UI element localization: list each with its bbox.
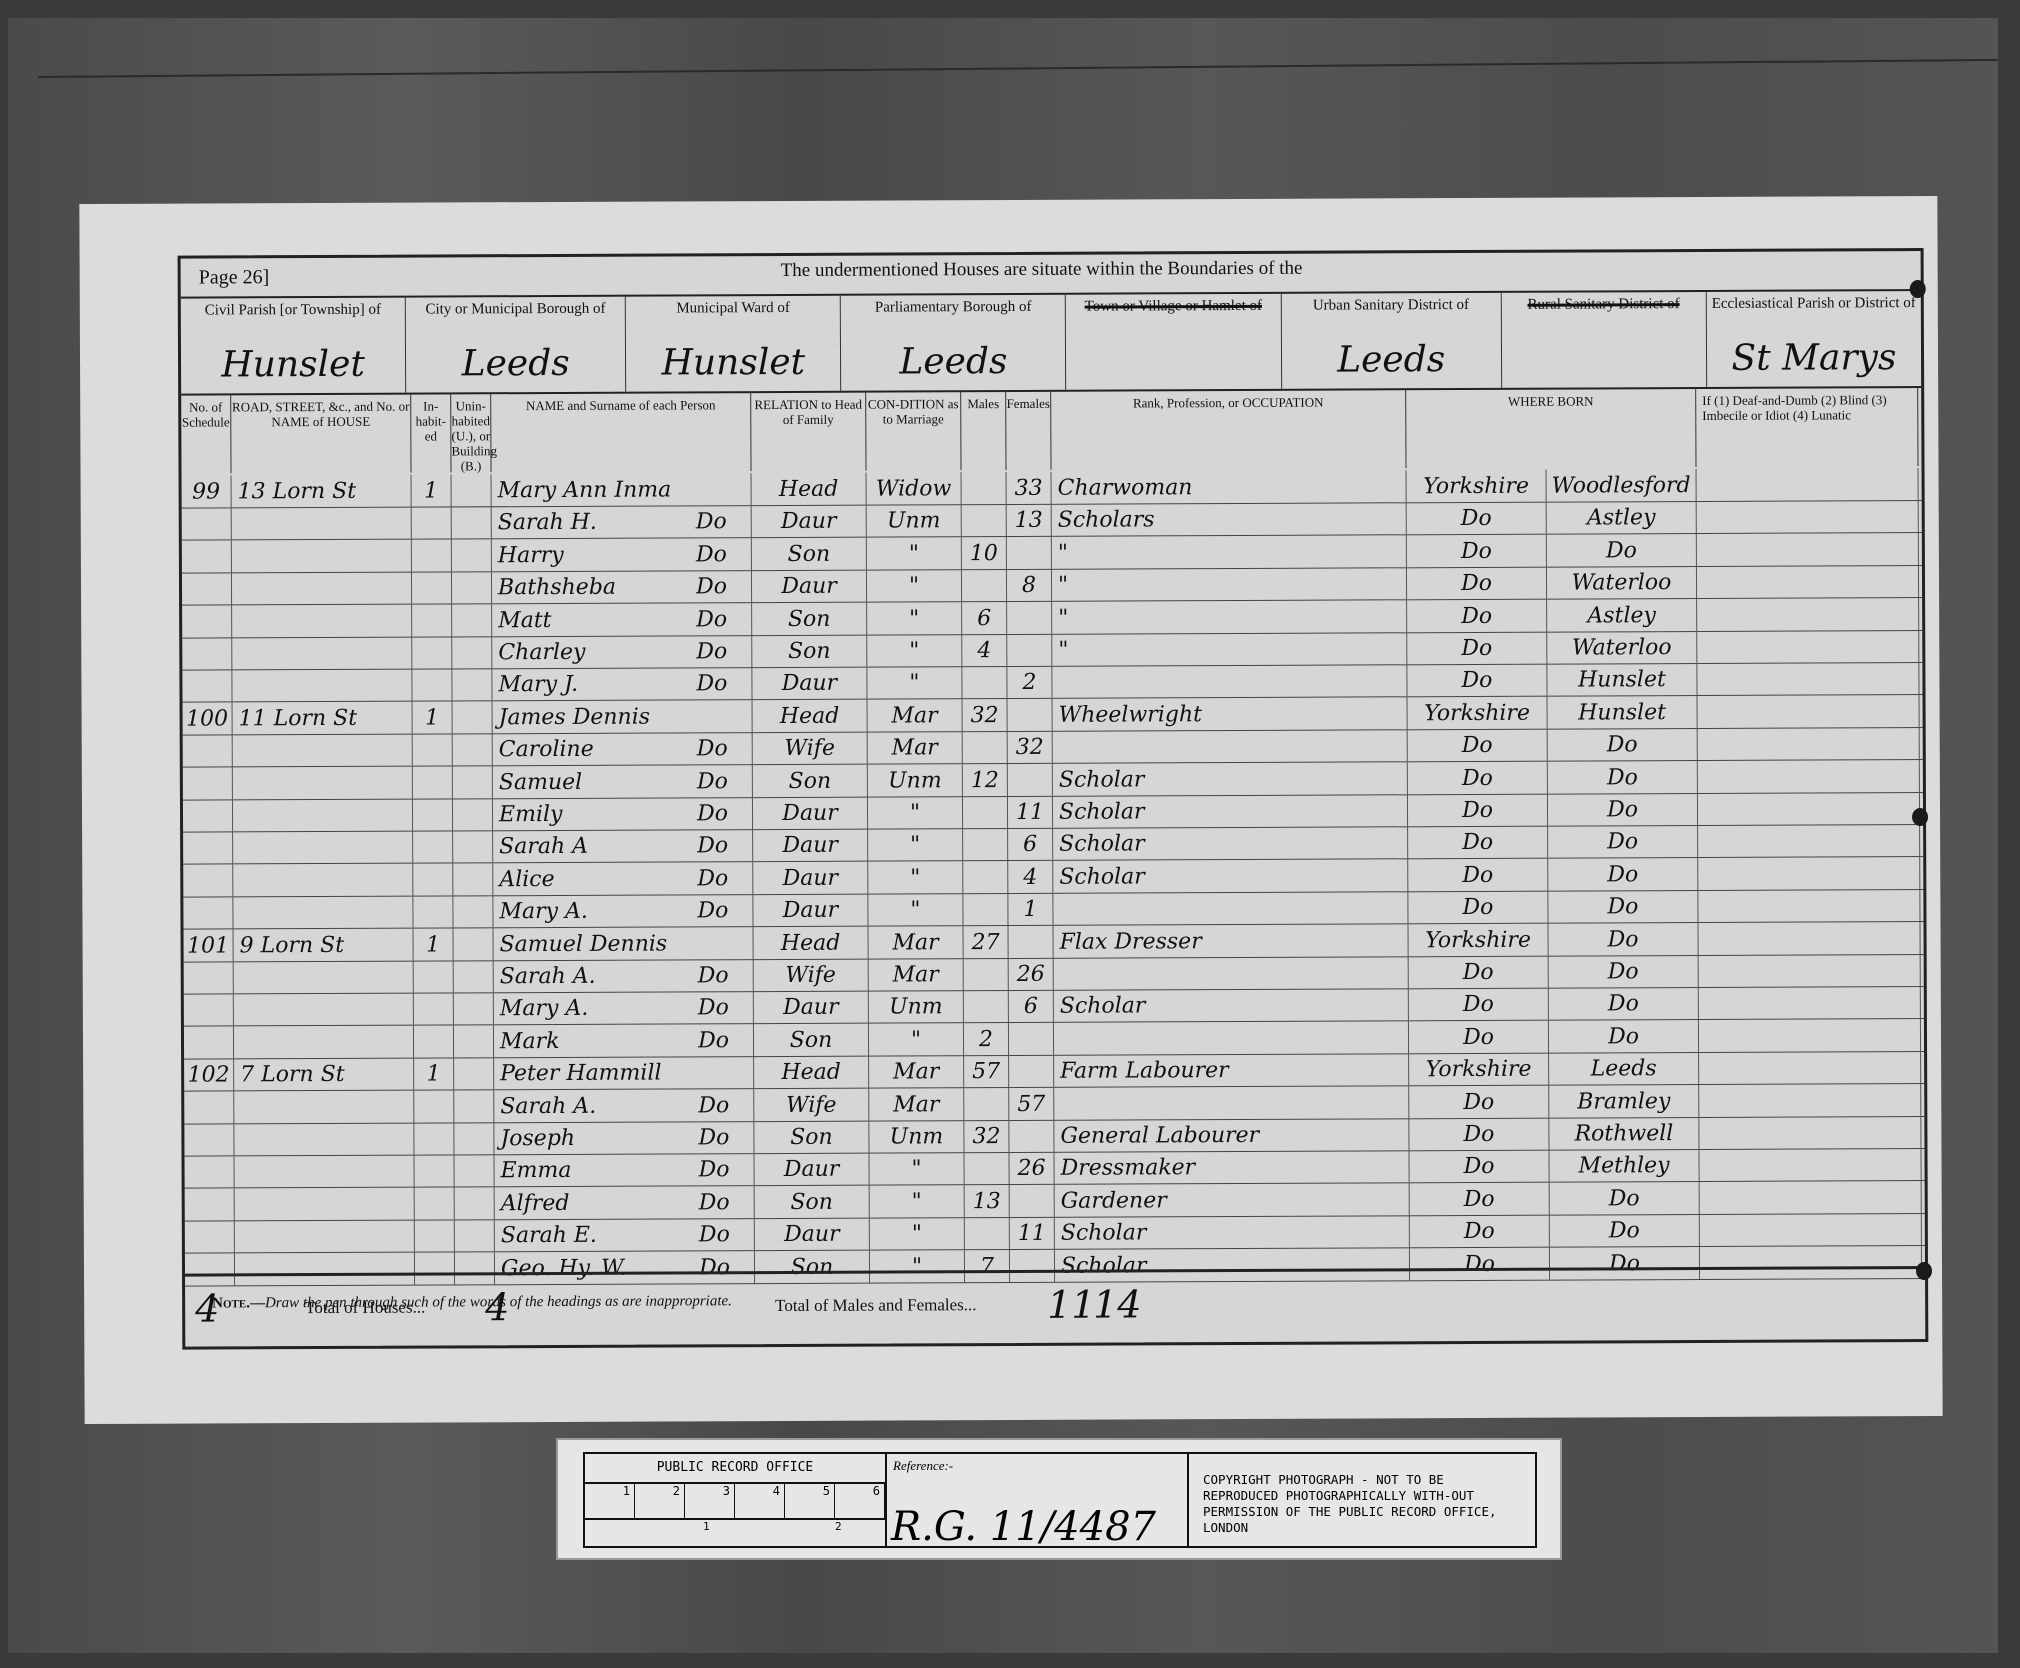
cell-female: 57	[1009, 1087, 1054, 1119]
cell-schedule	[182, 540, 232, 572]
column-header-schedule: No. of Schedule	[181, 393, 231, 473]
cell-name: Sarah A	[493, 830, 673, 863]
cell-place: Do	[1548, 825, 1698, 858]
cell-inhabited: 1	[414, 928, 454, 960]
cell-road	[232, 604, 412, 637]
cell-surname-do: Do	[674, 1154, 754, 1186]
cell-inhabited: 1	[412, 474, 452, 506]
cell-inhabited	[412, 539, 452, 571]
cell-schedule	[182, 573, 232, 605]
scale-number: 4	[735, 1484, 785, 1518]
boundary-title: The undermentioned Houses are situate wi…	[781, 258, 1303, 282]
cell-road	[233, 799, 413, 832]
cell-empty	[1697, 630, 1919, 663]
boundary-label: Urban Sanitary District of	[1281, 297, 1500, 315]
cell-male	[963, 861, 1008, 893]
cell-male	[963, 731, 1008, 763]
cell-male	[963, 893, 1008, 925]
cell-schedule	[184, 994, 234, 1026]
cell-occupation	[1052, 665, 1407, 699]
cell-female: 4	[1008, 861, 1053, 893]
cell-occupation	[1054, 956, 1409, 990]
cell-condition: "	[868, 829, 963, 861]
cell-place: Do	[1549, 955, 1699, 988]
cell-male: 32	[963, 699, 1008, 731]
cell-female: 26	[1009, 958, 1054, 990]
cell-relation: Son	[754, 1121, 869, 1154]
punch-hole	[1910, 280, 1926, 298]
cell-male	[964, 990, 1009, 1022]
cell-schedule	[185, 1188, 235, 1220]
cell-empty	[452, 669, 492, 701]
cell-empty	[1698, 760, 1920, 793]
total-females-value: 14	[1093, 1282, 1142, 1326]
cell-empty	[1697, 662, 1919, 695]
boundary-value	[1077, 381, 1271, 382]
column-header-females: Females	[1006, 390, 1051, 470]
cell-road	[232, 637, 412, 670]
cell-schedule	[182, 508, 232, 540]
cell-occupation	[1053, 729, 1408, 763]
cell-place: Waterloo	[1547, 631, 1697, 664]
census-form: Page 26] The undermentioned Houses are s…	[178, 248, 1929, 1350]
cell-inhabited	[414, 1122, 454, 1154]
cell-county: Do	[1408, 826, 1548, 859]
cell-schedule: 100	[183, 702, 233, 734]
cell-female: 1	[1008, 893, 1053, 925]
cell-road	[233, 831, 413, 864]
cell-relation: Wife	[753, 732, 868, 765]
cell-place: Do	[1549, 987, 1699, 1020]
cell-empty	[1700, 1181, 1922, 1214]
cell-condition: "	[869, 1023, 964, 1055]
cell-condition: "	[868, 893, 963, 925]
cell-road	[234, 993, 414, 1026]
cell-occupation: Farm Labourer	[1054, 1053, 1409, 1087]
cell-schedule	[182, 605, 232, 637]
cell-empty	[454, 928, 494, 960]
cell-condition: Unm	[868, 764, 963, 796]
cell-surname-do	[674, 1056, 754, 1088]
cell-road	[233, 766, 413, 799]
cell-road	[234, 961, 414, 994]
cell-schedule: 101	[184, 929, 234, 961]
cell-male: 10	[962, 537, 1007, 569]
ruler-mark: 2	[835, 1520, 842, 1533]
cell-schedule	[185, 1156, 235, 1188]
cell-road: 11 Lorn St	[233, 701, 413, 734]
cell-name: Mary A.	[493, 895, 673, 928]
cell-surname-do: Do	[674, 1121, 754, 1153]
cell-name: Caroline	[493, 733, 673, 766]
cell-inhabited	[413, 734, 453, 766]
boundary-label: City or Municipal Borough of	[406, 301, 625, 319]
cell-condition: "	[868, 796, 963, 828]
cell-relation: Daur	[754, 991, 869, 1024]
cell-occupation: Dressmaker	[1054, 1151, 1409, 1185]
cell-empty	[453, 863, 493, 895]
cell-county: Yorkshire	[1408, 696, 1548, 729]
cell-road	[234, 1123, 414, 1156]
cell-county: Do	[1408, 794, 1548, 827]
cell-name: Samuel	[493, 765, 673, 798]
note-text: Draw the pen through such of the words o…	[265, 1293, 732, 1311]
cell-condition: Mar	[869, 1088, 964, 1120]
cell-empty	[1698, 727, 1920, 760]
cell-name: Sarah E.	[495, 1219, 675, 1252]
cell-male: 4	[962, 634, 1007, 666]
boundary-label: Town or Village or Hamlet of	[1066, 298, 1280, 316]
cell-name: Emily	[493, 797, 673, 830]
cell-relation: Son	[754, 1023, 869, 1056]
cell-surname-do	[674, 927, 754, 959]
cell-name: Mark	[494, 1024, 674, 1057]
cell-name: Charley	[492, 635, 672, 668]
cell-surname-do: Do	[673, 732, 753, 764]
cell-occupation	[1054, 1086, 1409, 1120]
boundary-cell: Urban Sanitary District ofLeeds	[1281, 293, 1502, 389]
scale-number: 5	[785, 1484, 835, 1518]
cell-relation: Daur	[753, 894, 868, 927]
cell-county: Do	[1409, 1020, 1549, 1053]
cell-name: Bathsheba	[492, 571, 672, 604]
cell-inhabited	[414, 1025, 454, 1057]
cell-female	[1007, 601, 1052, 633]
cell-occupation: Gardener	[1055, 1183, 1410, 1217]
cell-road	[232, 572, 412, 605]
cell-empty	[1700, 1213, 1922, 1246]
cell-empty	[1699, 1084, 1921, 1117]
cell-surname-do: Do	[673, 862, 753, 894]
cell-schedule	[184, 1026, 234, 1058]
cell-condition: Unm	[869, 1120, 964, 1152]
cell-schedule	[184, 961, 234, 993]
cell-empty	[454, 1122, 494, 1154]
reference-label: Reference:-	[893, 1458, 953, 1474]
cell-inhabited	[414, 960, 454, 992]
cell-relation: Daur	[755, 1218, 870, 1251]
cell-inhabited	[414, 1155, 454, 1187]
cell-name: Emma	[494, 1154, 674, 1187]
scale-numbers: 123456	[585, 1484, 885, 1520]
boundary-value: Leeds	[416, 343, 615, 385]
cell-road	[232, 539, 412, 572]
cell-relation: Son	[753, 764, 868, 797]
cell-occupation: Scholar	[1053, 762, 1408, 796]
cell-schedule	[184, 1123, 234, 1155]
boundary-label: Ecclesiastical Parish or District of	[1707, 295, 1921, 313]
cell-place: Leeds	[1549, 1052, 1699, 1085]
cell-female: 6	[1008, 828, 1053, 860]
boundary-cell: Parliamentary Borough ofLeeds	[841, 295, 1067, 391]
cell-female	[1007, 537, 1052, 569]
cell-relation: Son	[752, 537, 867, 570]
cell-road	[235, 1187, 415, 1220]
ruler-mark: 1	[703, 1520, 710, 1533]
cell-empty	[452, 571, 492, 603]
cell-empty	[1699, 1051, 1921, 1084]
cell-empty	[454, 1155, 494, 1187]
scale-number: 3	[685, 1484, 735, 1518]
scale-number: 2	[635, 1484, 685, 1518]
boundary-label: Rural Sanitary District of	[1501, 296, 1705, 314]
cell-condition: "	[867, 537, 962, 569]
cell-empty	[1698, 695, 1920, 728]
cell-female: 6	[1009, 990, 1054, 1022]
cell-empty	[1698, 857, 1920, 890]
column-header-infirmity: If (1) Deaf-and-Dumb (2) Blind (3) Imbec…	[1696, 386, 1918, 467]
cell-empty	[453, 733, 493, 765]
cell-schedule	[183, 735, 233, 767]
cell-surname-do: Do	[674, 1024, 754, 1056]
cell-schedule	[183, 864, 233, 896]
cell-empty	[452, 539, 492, 571]
cell-county: Do	[1407, 632, 1547, 665]
cell-surname-do: Do	[672, 668, 752, 700]
total-males-value: 11	[1047, 1283, 1096, 1327]
cell-road	[233, 896, 413, 929]
cell-occupation: "	[1052, 535, 1407, 569]
cell-empty	[1697, 565, 1919, 598]
cell-empty	[452, 604, 492, 636]
cell-place: Do	[1548, 761, 1698, 794]
cell-surname-do: Do	[672, 506, 752, 538]
cell-female	[1008, 763, 1053, 795]
cell-surname-do: Do	[674, 959, 754, 991]
cell-male: 6	[962, 602, 1007, 634]
cell-female	[1010, 1185, 1055, 1217]
cell-empty	[1697, 468, 1919, 501]
pro-title: PUBLIC RECORD OFFICE	[585, 1454, 885, 1484]
cell-empty	[1698, 889, 1920, 922]
cell-condition: "	[868, 861, 963, 893]
cell-female: 26	[1009, 1152, 1054, 1184]
boundary-label: Municipal Ward of	[626, 300, 840, 318]
cell-name: Joseph	[494, 1121, 674, 1154]
cell-empty	[1699, 1116, 1921, 1149]
cell-name: Samuel Dennis	[494, 927, 674, 960]
column-header-relation: RELATION to Head of Family	[751, 391, 866, 472]
backdrop-rule	[38, 59, 1998, 78]
cell-place: Do	[1548, 793, 1698, 826]
cell-schedule	[183, 832, 233, 864]
cell-place: Do	[1548, 923, 1698, 956]
cell-relation: Son	[752, 635, 867, 668]
cell-surname-do	[672, 473, 752, 505]
cell-surname-do: Do	[675, 1186, 755, 1218]
cell-county: Do	[1409, 956, 1549, 989]
cell-county: Do	[1407, 567, 1547, 600]
cell-empty	[455, 1219, 495, 1251]
cell-county: Do	[1407, 502, 1547, 535]
cell-road	[233, 734, 413, 767]
cell-surname-do: Do	[672, 635, 752, 667]
cell-inhabited	[412, 669, 452, 701]
cell-surname-do: Do	[673, 830, 753, 862]
cell-name: Harry	[492, 538, 672, 571]
cell-relation: Daur	[753, 861, 868, 894]
cell-male	[962, 472, 1007, 504]
cell-condition: "	[870, 1217, 965, 1249]
cell-county: Yorkshire	[1409, 923, 1549, 956]
cell-place: Do	[1550, 1214, 1700, 1247]
cell-road: 9 Lorn St	[234, 928, 414, 961]
boundary-value: St Marys	[1717, 337, 1911, 379]
cell-empty	[1697, 500, 1919, 533]
boundary-value	[1512, 379, 1696, 380]
cell-empty	[454, 1025, 494, 1057]
cell-condition: "	[867, 667, 962, 699]
cell-county: Do	[1409, 988, 1549, 1021]
cell-male: 2	[964, 1023, 1009, 1055]
copyright-notice: COPYRIGHT PHOTOGRAPH - NOT TO BE REPRODU…	[1189, 1454, 1535, 1546]
ruler: 1 2	[585, 1520, 885, 1548]
cell-occupation: Charwoman	[1052, 470, 1407, 504]
cell-county: Do	[1410, 1182, 1550, 1215]
cell-condition: "	[867, 602, 962, 634]
cell-empty	[453, 831, 493, 863]
cell-place: Woodlesford	[1547, 469, 1697, 502]
cell-name: Sarah A.	[494, 959, 674, 992]
cell-county: Do	[1407, 534, 1547, 567]
cell-female	[1009, 1023, 1054, 1055]
cell-occupation: Flax Dresser	[1054, 924, 1409, 958]
cell-empty	[454, 960, 494, 992]
cell-male: 13	[965, 1185, 1010, 1217]
cell-male	[963, 796, 1008, 828]
boundary-cell: Municipal Ward ofHunslet	[626, 296, 842, 392]
cell-name: Mary A.	[494, 992, 674, 1025]
cell-occupation	[1054, 1021, 1409, 1055]
cell-place: Do	[1548, 728, 1698, 761]
cell-county: Do	[1408, 858, 1548, 891]
cell-schedule: 99	[182, 475, 232, 507]
cell-occupation: General Labourer	[1054, 1118, 1409, 1152]
cell-name: Alice	[493, 862, 673, 895]
cell-empty	[1697, 598, 1919, 631]
scale-number: 6	[835, 1484, 885, 1518]
cell-empty	[1699, 954, 1921, 987]
cell-inhabited	[412, 636, 452, 668]
cell-place: Methley	[1549, 1149, 1699, 1182]
cell-empty	[452, 636, 492, 668]
cell-male: 27	[964, 926, 1009, 958]
cell-name: Sarah A.	[494, 1089, 674, 1122]
cell-schedule	[183, 897, 233, 929]
cell-inhabited	[413, 831, 453, 863]
cell-surname-do: Do	[672, 570, 752, 602]
boundary-cell: Civil Parish [or Township] ofHunslet	[181, 298, 407, 394]
cell-place: Do	[1547, 534, 1697, 567]
cell-schedule	[185, 1221, 235, 1253]
cell-inhabited	[414, 993, 454, 1025]
column-header-occupation: Rank, Profession, or OCCUPATION	[1051, 388, 1406, 470]
total-persons-label: Total of Males and Females...	[775, 1295, 976, 1316]
cell-female: 13	[1007, 504, 1052, 536]
cell-county: Do	[1410, 1215, 1550, 1248]
cell-name: Matt	[492, 603, 672, 636]
cell-relation: Wife	[754, 959, 869, 992]
cell-name: James Dennis	[493, 700, 673, 733]
cell-place: Do	[1548, 890, 1698, 923]
cell-relation: Head	[752, 473, 867, 506]
boundary-value: Hunslet	[191, 344, 395, 386]
cell-male: 32	[964, 1120, 1009, 1152]
cell-inhabited	[413, 896, 453, 928]
boundary-value: Leeds	[1292, 339, 1491, 381]
cell-male: 12	[963, 764, 1008, 796]
cell-occupation	[1053, 891, 1408, 925]
cell-occupation: "	[1052, 567, 1407, 601]
cell-place: Waterloo	[1547, 566, 1697, 599]
cell-surname-do: Do	[673, 894, 753, 926]
cell-empty	[453, 798, 493, 830]
cell-occupation: "	[1052, 600, 1407, 634]
cell-female	[1009, 925, 1054, 957]
record-office-stamp: PUBLIC RECORD OFFICE 123456 1 2 Referenc…	[556, 1438, 1562, 1560]
cell-empty	[453, 766, 493, 798]
cell-road	[233, 863, 413, 896]
cell-surname-do: Do	[675, 1218, 755, 1250]
cell-condition: "	[867, 634, 962, 666]
cell-male	[964, 1088, 1009, 1120]
cell-male	[962, 666, 1007, 698]
cell-occupation: Scholar	[1053, 827, 1408, 861]
cell-road	[235, 1155, 415, 1188]
cell-occupation: Scholar	[1054, 989, 1409, 1023]
cell-empty	[1699, 1019, 1921, 1052]
column-header-name: NAME and Surname of each Person	[491, 391, 751, 472]
boundaries-header: Civil Parish [or Township] ofHunsletCity…	[181, 289, 1921, 396]
cell-empty	[1698, 792, 1920, 825]
cell-female: 8	[1007, 569, 1052, 601]
cell-occupation: Scholar	[1053, 859, 1408, 893]
cell-road	[232, 507, 412, 540]
cell-empty	[454, 1090, 494, 1122]
boundary-label: Civil Parish [or Township] of	[181, 302, 405, 320]
cell-county: Yorkshire	[1409, 1053, 1549, 1086]
cell-inhabited	[415, 1220, 455, 1252]
cell-male	[965, 1217, 1010, 1249]
cell-county: Do	[1408, 761, 1548, 794]
cell-relation: Daur	[752, 667, 867, 700]
cell-schedule	[182, 637, 232, 669]
cell-condition: "	[870, 1185, 965, 1217]
footnote: Note.—Draw the pen through such of the w…	[212, 1293, 732, 1312]
scale-number: 1	[585, 1484, 635, 1518]
cell-place: Bramley	[1549, 1085, 1699, 1118]
column-header-condition: CON-DITION as to Marriage	[866, 390, 961, 470]
cell-empty	[1699, 986, 1921, 1019]
cell-surname-do	[673, 700, 753, 732]
cell-condition: "	[869, 1153, 964, 1185]
cell-occupation: Wheelwright	[1053, 697, 1408, 731]
column-header-inhabited: In-habit-ed	[411, 392, 451, 472]
cell-name: Peter Hammill	[494, 1057, 674, 1090]
cell-county: Do	[1409, 1118, 1549, 1151]
column-header-uninhabited: Unin-habited (U.), or Building (B.)	[451, 392, 491, 472]
cell-schedule	[183, 767, 233, 799]
cell-inhabited	[412, 572, 452, 604]
cell-surname-do: Do	[672, 603, 752, 635]
cell-schedule: 102	[184, 1059, 234, 1091]
boundary-cell: Ecclesiastical Parish or District ofSt M…	[1707, 291, 1922, 387]
cell-condition: Mar	[869, 926, 964, 958]
cell-road	[232, 669, 412, 702]
cell-road: 7 Lorn St	[234, 1058, 414, 1091]
cell-female: 11	[1010, 1217, 1055, 1249]
cell-road	[235, 1220, 415, 1253]
